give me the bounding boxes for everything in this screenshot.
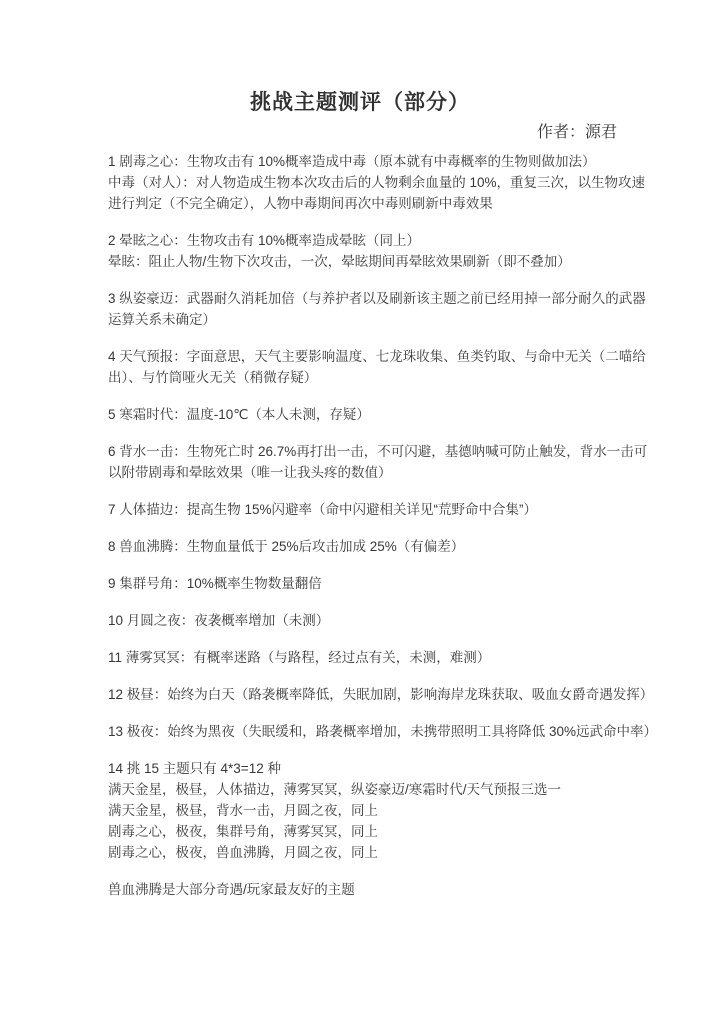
list-item: 6 背水一击：生物死亡时 26.7%再打出一击，不可闪避，基德呐喊可防止触发，背… bbox=[108, 441, 668, 483]
list-item: 8 兽血沸腾：生物血量低于 25%后攻击加成 25%（有偏差） bbox=[108, 536, 668, 557]
list-item: 11 薄雾冥冥：有概率迷路（与路程，经过点有关，未测，难测） bbox=[108, 647, 668, 668]
closing-note: 兽血沸腾是大部分奇遇/玩家最友好的主题 bbox=[108, 879, 668, 900]
list-item: 12 极昼：始终为白天（路袭概率降低，失眠加剧，影响海岸龙珠获取、吸血女爵奇遇发… bbox=[108, 684, 668, 705]
item-list: 1 剧毒之心：生物攻击有 10%概率造成中毒（原本就有中毒概率的生物则做加法） … bbox=[108, 151, 668, 900]
list-item: 7 人体描边：提高生物 15%闪避率（命中闪避相关详见“荒野命中合集”） bbox=[108, 499, 668, 520]
list-item: 5 寒霜时代：温度-10℃（本人未测，存疑） bbox=[108, 404, 668, 425]
page-title: 挑战主题测评（部分） bbox=[0, 90, 720, 116]
list-item: 1 剧毒之心：生物攻击有 10%概率造成中毒（原本就有中毒概率的生物则做加法） … bbox=[108, 151, 668, 214]
list-item: 4 天气预报：字面意思，天气主要影响温度、七龙珠收集、鱼类钓取、与命中无关（二喵… bbox=[108, 346, 668, 388]
list-item: 9 集群号角：10%概率生物数量翻倍 bbox=[108, 573, 668, 594]
document-page: 挑战主题测评（部分） 作者：源君 1 剧毒之心：生物攻击有 10%概率造成中毒（… bbox=[0, 0, 720, 1019]
author-line: 作者：源君 bbox=[108, 122, 617, 144]
list-item: 3 纵姿豪迈：武器耐久消耗加倍（与养护者以及刷新该主题之前已经用掉一部分耐久的武… bbox=[108, 288, 668, 330]
list-item: 2 晕眩之心：生物攻击有 10%概率造成晕眩（同上） 晕眩：阻止人物/生物下次攻… bbox=[108, 230, 668, 272]
list-item: 13 极夜：始终为黑夜（失眠缓和，路袭概率增加，未携带照明工具将降低 30%远武… bbox=[108, 721, 668, 742]
document-content: 挑战主题测评（部分） 作者：源君 1 剧毒之心：生物攻击有 10%概率造成中毒（… bbox=[0, 0, 720, 900]
list-item: 10 月圆之夜：夜袭概率增加（未测） bbox=[108, 610, 668, 631]
list-item: 14 挑 15 主题只有 4*3=12 种 满天金星，极昼，人体描边，薄雾冥冥，… bbox=[108, 758, 668, 863]
